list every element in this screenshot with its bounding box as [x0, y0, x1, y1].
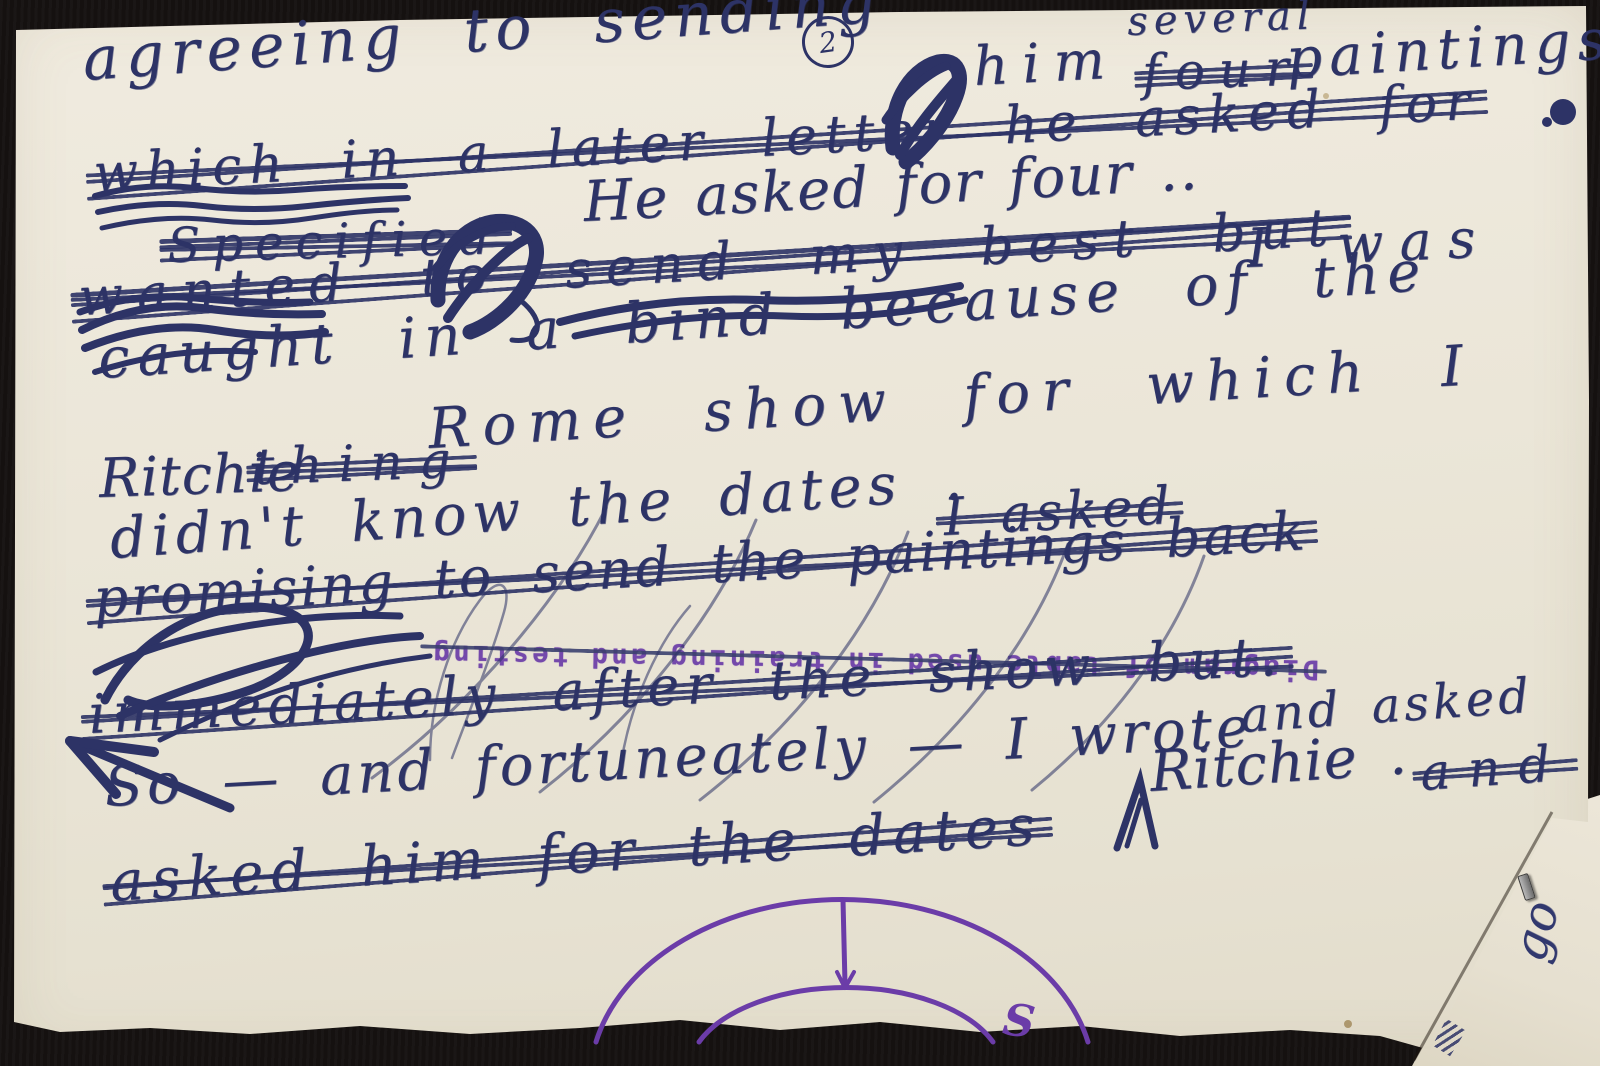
- scanned-manuscript-page: { "document": { "kind": "handwritten man…: [0, 0, 1600, 1066]
- corner-handwriting-fragment: go: [1505, 896, 1567, 966]
- handwritten-word-him: him: [972, 32, 1120, 94]
- diagram-label-s: S: [1000, 994, 1038, 1048]
- crossed-out-word-and: and: [1419, 738, 1570, 798]
- page-number: 2: [817, 24, 839, 59]
